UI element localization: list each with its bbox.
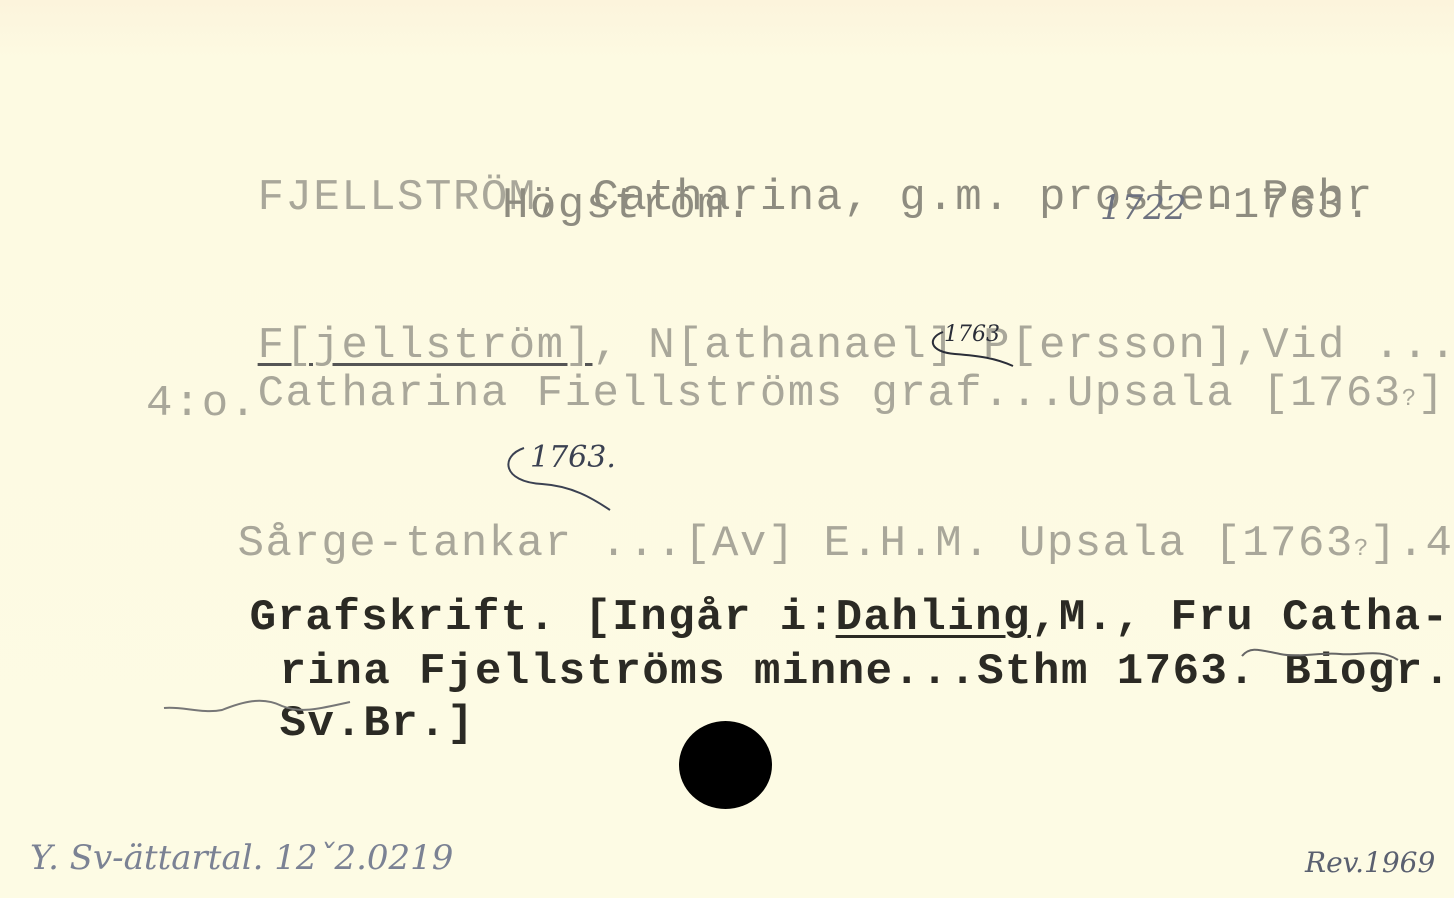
entry2-insertion-mark (492, 444, 612, 514)
entry1-query-mark: ? (1402, 386, 1418, 413)
entry1-insertion-mark (925, 328, 1020, 368)
entry1-format: 4:o. (146, 382, 258, 426)
svbr-wavy-underline (162, 694, 352, 718)
entry1-line-2: Catharina Fiellströms graf...Upsala [176… (146, 328, 1446, 466)
entry3-line-3: Sv.Br.] (168, 658, 475, 790)
entry1-imprint: Upsala [1763 (1067, 369, 1402, 419)
heading-death-year: -1763. (1205, 184, 1372, 228)
footer-left-note: Y. Sv-ättartal. 12ˇ2.0219 (30, 838, 453, 878)
footer-revision-note: Rev.1969 (1305, 846, 1435, 879)
entry3-bracket: ] (447, 699, 475, 749)
handwritten-birth-year: 1722 (1100, 188, 1187, 228)
heading-name: FJELLSTRÖM (258, 173, 537, 223)
entry1-bracket: ] (1418, 369, 1446, 419)
catalog-card: FJELLSTRÖM, Catharina, g.m. prosten Pehr… (0, 0, 1454, 898)
biogr-wavy-underline (1240, 644, 1400, 664)
heading-line-1: FJELLSTRÖM, Catharina, g.m. prosten Pehr (146, 132, 1374, 264)
entry1-title-cont: Catharina Fiellströms graf (258, 369, 984, 419)
heading-line-2: Högström. (502, 184, 753, 228)
punch-hole (679, 721, 772, 809)
entry1-ellipsis: ... (983, 369, 1067, 419)
